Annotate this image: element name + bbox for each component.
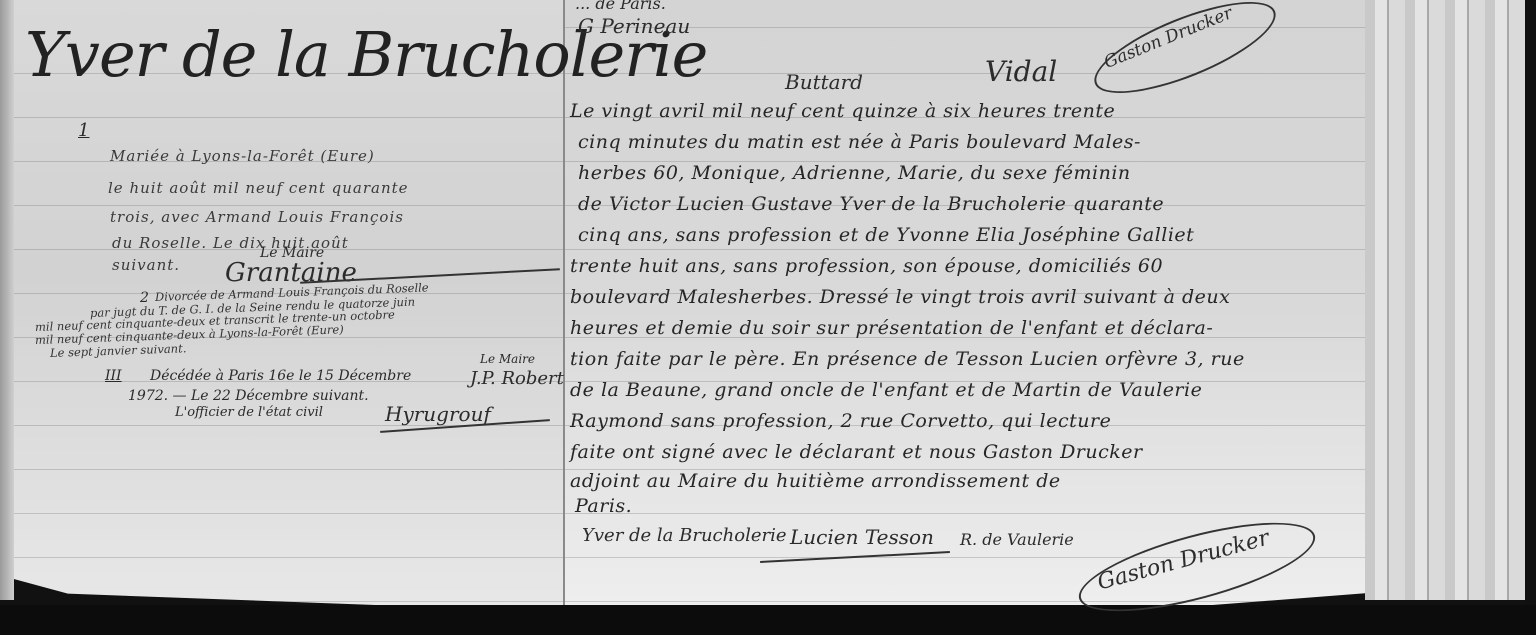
header-signature: Buttard bbox=[785, 70, 863, 94]
page-gutter bbox=[563, 0, 565, 620]
death-note-line: 1972. — Le 22 Décembre suivant. bbox=[128, 388, 369, 404]
marriage-note-line: suivant. bbox=[112, 256, 180, 274]
binding-edge bbox=[0, 0, 14, 600]
registrar-signature: Hyrugrouf bbox=[385, 402, 491, 426]
record-line: tion faite par le père. En présence de T… bbox=[570, 348, 1245, 370]
header-signature: Vidal bbox=[985, 55, 1057, 88]
record-line: Le vingt avril mil neuf cent quinze à si… bbox=[570, 100, 1115, 122]
record-line: de la Beaune, grand oncle de l'enfant et… bbox=[570, 379, 1202, 401]
top-signature: G Perineau bbox=[578, 14, 690, 38]
dark-edge bbox=[1525, 0, 1536, 635]
record-line: heures et demie du soir sur présentation… bbox=[570, 317, 1213, 339]
record-line: Raymond sans profession, 2 rue Corvetto,… bbox=[570, 410, 1111, 432]
marriage-note-line: le huit août mil neuf cent quarante bbox=[108, 179, 409, 197]
record-line: boulevard Malesherbes. Dressé le vingt t… bbox=[570, 286, 1230, 308]
record-line: cinq minutes du matin est née à Paris bo… bbox=[578, 131, 1141, 153]
record-line: cinq ans, sans profession et de Yvonne E… bbox=[578, 224, 1194, 246]
footer-signature: Lucien Tesson bbox=[790, 525, 934, 549]
marriage-note-line: trois, avec Armand Louis François bbox=[110, 208, 404, 226]
record-line: de Victor Lucien Gustave Yver de la Bruc… bbox=[578, 193, 1164, 215]
previous-entry-fragment: ... de Paris. bbox=[575, 0, 666, 13]
bottom-shadow bbox=[0, 605, 1536, 635]
footer-signature: Yver de la Brucholerie bbox=[582, 525, 787, 546]
entry-number: 1 bbox=[78, 120, 89, 141]
death-note-line: Décédée à Paris 16e le 15 Décembre bbox=[150, 368, 411, 384]
divorce-signature: J.P. Robert bbox=[470, 368, 564, 389]
page-stack-edges bbox=[1365, 0, 1525, 600]
record-line: Paris. bbox=[575, 495, 632, 517]
record-line: faite ont signé avec le déclarant et nou… bbox=[570, 441, 1143, 463]
death-number: III bbox=[105, 368, 122, 384]
marriage-note-line: Mariée à Lyons-la-Forêt (Eure) bbox=[110, 147, 375, 165]
death-note-line: L'officier de l'état civil bbox=[175, 405, 323, 420]
record-line: adjoint au Maire du huitième arrondissem… bbox=[570, 470, 1061, 492]
footer-signature: R. de Vaulerie bbox=[960, 530, 1074, 549]
divorce-signoff: Le Maire bbox=[480, 352, 535, 366]
record-line: trente huit ans, sans profession, son ép… bbox=[570, 255, 1163, 277]
record-line: herbes 60, Monique, Adrienne, Marie, du … bbox=[578, 162, 1131, 184]
